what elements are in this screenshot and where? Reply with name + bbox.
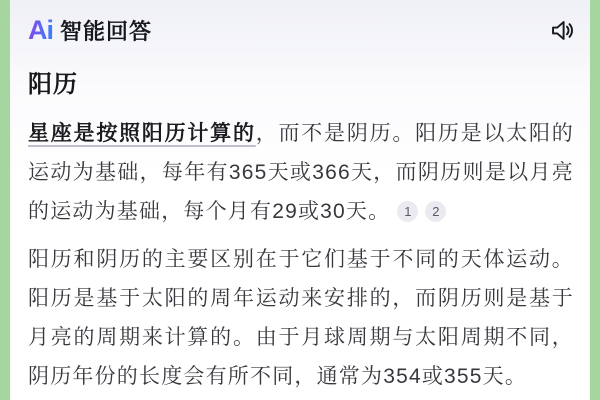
- speaker-icon: [548, 17, 575, 44]
- brand-title: 智能回答: [60, 15, 152, 46]
- answer-paragraph-1: 星座是按照阳历计算的，而不是阴历。阳历是以太阳的运动为基础，每年有365天或36…: [10, 114, 590, 231]
- ai-logo: Ai: [28, 15, 53, 46]
- speaker-button[interactable]: [546, 15, 576, 45]
- page-background: { "header": { "logo": "Ai", "title": "智能…: [0, 0, 600, 400]
- card-header: Ai 智能回答: [10, 14, 590, 46]
- brand: Ai 智能回答: [28, 15, 152, 46]
- answer-paragraph-2: 阳历和阴历的主要区别在于它们基于不同的天体运动。阳历是基于太阳的周年运动来安排的…: [10, 240, 590, 396]
- citation-badge-2[interactable]: 2: [425, 201, 446, 222]
- ai-answer-card: Ai 智能回答 阳历 星座是按照阳历计算的，而不是阴历。阳历是以太阳的运动为基础…: [10, 0, 590, 400]
- answer-title: 阳历: [10, 68, 590, 102]
- entity-link[interactable]: 星座是按照阳历计算的: [28, 122, 256, 145]
- citation-badge-1[interactable]: 1: [397, 201, 418, 222]
